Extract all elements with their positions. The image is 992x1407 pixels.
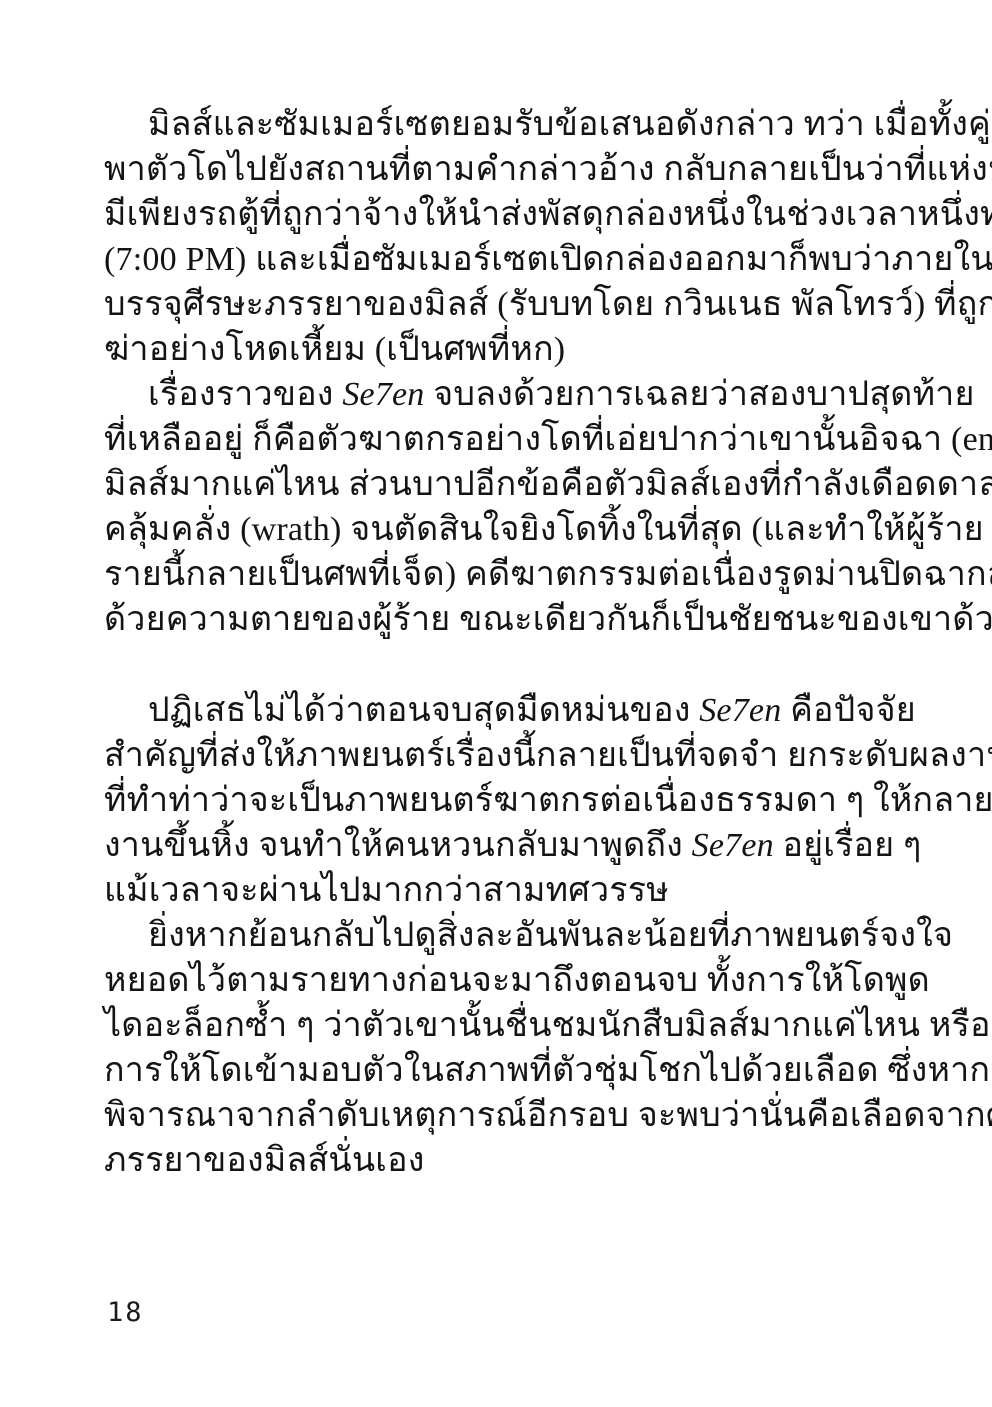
text-line: มิลส์และซัมเมอร์เซตยอมรับข้อเสนอดังกล่าว… xyxy=(104,102,804,147)
italic-text-run: Se7en xyxy=(692,827,774,864)
text-run: หยอดไว้ตามรายทางก่อนจะมาถึงตอนจบ ทั้งการ… xyxy=(104,962,930,999)
text-line: หยอดไว้ตามรายทางก่อนจะมาถึงตอนจบ ทั้งการ… xyxy=(104,958,804,1003)
text-run: (7:00 PM) และเมื่อซัมเมอร์เซตเปิดกล่องออ… xyxy=(104,241,992,278)
text-line: คลุ้มคลั่ง (wrath) จนตัดสินใจยิงโดทิ้งใน… xyxy=(104,507,804,552)
page-number: 18 xyxy=(107,1297,144,1329)
text-line: มิลส์มากแค่ไหน ส่วนบาปอีกข้อคือตัวมิลส์เ… xyxy=(104,462,804,507)
text-run: ที่เหลืออยู่ ก็คือตัวฆาตกรอย่างโดที่เอ่ย… xyxy=(104,421,992,458)
text-run: มิลส์และซัมเมอร์เซตยอมรับข้อเสนอดังกล่าว… xyxy=(148,106,991,143)
text-line: บรรจุศีรษะภรรยาของมิลส์ (รับบทโดย กวินเน… xyxy=(104,282,804,327)
text-line: การให้โดเข้ามอบตัวในสภาพที่ตัวชุ่มโชกไปด… xyxy=(104,1048,804,1093)
text-line: มีเพียงรถตู้ที่ถูกว่าจ้างให้นำส่งพัสดุกล… xyxy=(104,192,804,237)
text-line: เรื่องราวของ Se7en จบลงด้วยการเฉลยว่าสอง… xyxy=(104,372,804,417)
text-run: สำคัญที่ส่งให้ภาพยนตร์เรื่องนี้กลายเป็นท… xyxy=(104,737,992,774)
text-run: พาตัวโดไปยังสถานที่ตามคำกล่าวอ้าง กลับกล… xyxy=(104,151,992,188)
text-line: ที่ทำท่าว่าจะเป็นภาพยนตร์ฆาตกรต่อเนื่องธ… xyxy=(104,778,804,823)
text-run: อยู่เรื่อย ๆ xyxy=(774,827,922,864)
text-line: ไดอะล็อกซ้ำ ๆ ว่าตัวเขานั้นชื่นชมนักสืบม… xyxy=(104,1003,804,1048)
text-line: ภรรยาของมิลส์นั่นเอง xyxy=(104,1138,804,1183)
text-run: แม้เวลาจะผ่านไปมากกว่าสามทศวรรษ xyxy=(104,872,669,909)
text-line: พาตัวโดไปยังสถานที่ตามคำกล่าวอ้าง กลับกล… xyxy=(104,147,804,192)
text-line: แม้เวลาจะผ่านไปมากกว่าสามทศวรรษ xyxy=(104,868,804,913)
text-run: การให้โดเข้ามอบตัวในสภาพที่ตัวชุ่มโชกไปด… xyxy=(104,1052,990,1089)
paragraph: มิลส์และซัมเมอร์เซตยอมรับข้อเสนอดังกล่าว… xyxy=(104,102,804,372)
text-line: งานขึ้นหิ้ง จนทำให้คนหวนกลับมาพูดถึง Se7… xyxy=(104,823,804,868)
text-line: ด้วยความตายของผู้ร้าย ขณะเดียวกันก็เป็นช… xyxy=(104,597,804,642)
text-run: บรรจุศีรษะภรรยาของมิลส์ (รับบทโดย กวินเน… xyxy=(104,286,992,323)
text-run: ที่ทำท่าว่าจะเป็นภาพยนตร์ฆาตกรต่อเนื่องธ… xyxy=(104,782,992,819)
text-line: ที่เหลืออยู่ ก็คือตัวฆาตกรอย่างโดที่เอ่ย… xyxy=(104,417,804,462)
text-run: ปฏิเสธไม่ได้ว่าตอนจบสุดมืดหม่นของ xyxy=(148,692,699,729)
text-run: เรื่องราวของ xyxy=(148,376,342,413)
document-page: มิลส์และซัมเมอร์เซตยอมรับข้อเสนอดังกล่าว… xyxy=(0,0,992,1407)
paragraph: ปฏิเสธไม่ได้ว่าตอนจบสุดมืดหม่นของ Se7en … xyxy=(104,688,804,913)
text-run: ยิ่งหากย้อนกลับไปดูสิ่งละอันพันละน้อยที่… xyxy=(148,917,953,954)
text-run: จบลงด้วยการเฉลยว่าสองบาปสุดท้าย xyxy=(425,376,975,413)
text-run: ไดอะล็อกซ้ำ ๆ ว่าตัวเขานั้นชื่นชมนักสืบม… xyxy=(104,1007,991,1044)
italic-text-run: Se7en xyxy=(342,376,424,413)
text-line: ฆ่าอย่างโหดเหี้ยม (เป็นศพที่หก) xyxy=(104,327,804,372)
text-run: ฆ่าอย่างโหดเหี้ยม (เป็นศพที่หก) xyxy=(104,331,565,368)
text-line: รายนี้กลายเป็นศพที่เจ็ด) คดีฆาตกรรมต่อเน… xyxy=(104,552,804,597)
text-run: มีเพียงรถตู้ที่ถูกว่าจ้างให้นำส่งพัสดุกล… xyxy=(104,196,992,233)
text-line: ปฏิเสธไม่ได้ว่าตอนจบสุดมืดหม่นของ Se7en … xyxy=(104,688,804,733)
text-line: พิจารณาจากลำดับเหตุการณ์อีกรอบ จะพบว่านั… xyxy=(104,1093,804,1138)
text-run: ด้วยความตายของผู้ร้าย ขณะเดียวกันก็เป็นช… xyxy=(104,601,992,638)
text-run: ภรรยาของมิลส์นั่นเอง xyxy=(104,1142,425,1179)
paragraph: ยิ่งหากย้อนกลับไปดูสิ่งละอันพันละน้อยที่… xyxy=(104,913,804,1183)
text-run: คลุ้มคลั่ง (wrath) จนตัดสินใจยิงโดทิ้งใน… xyxy=(104,511,984,548)
text-run: มิลส์มากแค่ไหน ส่วนบาปอีกข้อคือตัวมิลส์เ… xyxy=(104,466,992,503)
text-run: คือปัจจัย xyxy=(781,692,915,729)
text-line: (7:00 PM) และเมื่อซัมเมอร์เซตเปิดกล่องออ… xyxy=(104,237,804,282)
text-line: ยิ่งหากย้อนกลับไปดูสิ่งละอันพันละน้อยที่… xyxy=(104,913,804,958)
italic-text-run: Se7en xyxy=(699,692,781,729)
paragraph: เรื่องราวของ Se7en จบลงด้วยการเฉลยว่าสอง… xyxy=(104,372,804,642)
text-run: รายนี้กลายเป็นศพที่เจ็ด) คดีฆาตกรรมต่อเน… xyxy=(104,556,992,593)
text-run: งานขึ้นหิ้ง จนทำให้คนหวนกลับมาพูดถึง xyxy=(104,827,692,864)
text-run: พิจารณาจากลำดับเหตุการณ์อีกรอบ จะพบว่านั… xyxy=(104,1097,992,1134)
text-block: มิลส์และซัมเมอร์เซตยอมรับข้อเสนอดังกล่าว… xyxy=(104,102,804,1183)
text-line: สำคัญที่ส่งให้ภาพยนตร์เรื่องนี้กลายเป็นท… xyxy=(104,733,804,778)
